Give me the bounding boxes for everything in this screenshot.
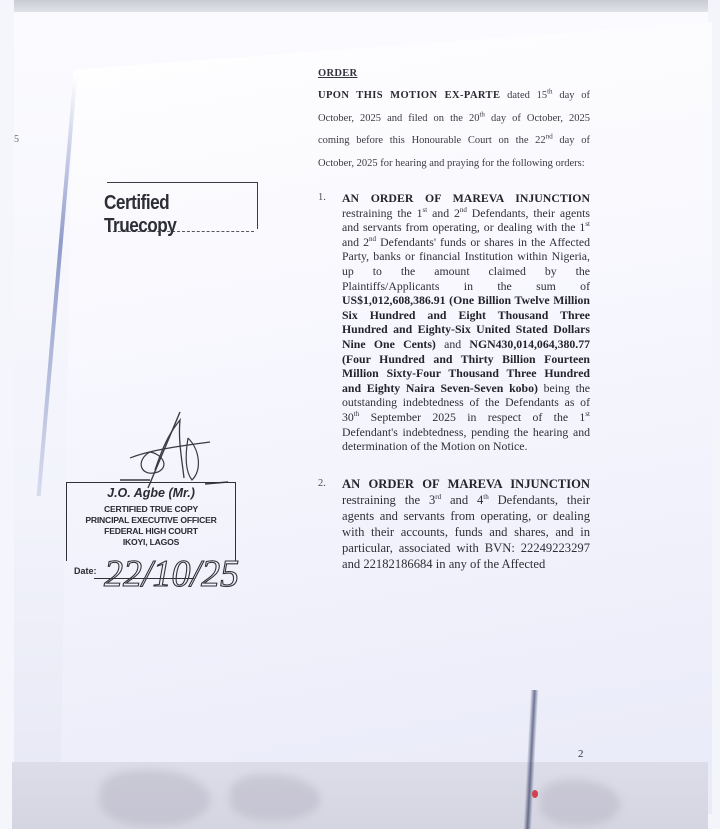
order-text: and 4 [441,493,483,507]
ordinal-suffix: st [585,220,590,228]
certified-truecopy-text: Certified Truecopy [104,192,236,238]
order-number: 2. [318,476,326,492]
order-text: and 2 [427,206,460,220]
handwritten-date-icon: 22/10/25 [98,540,268,600]
order-item-1: 1. AN ORDER OF MAREVA INJUNCTION restrai… [318,191,590,454]
order-item-2: 2. AN ORDER OF MAREVA INJUNCTION restrai… [318,476,590,572]
smudge-mark [230,775,320,820]
stamp-line: PRINCIPAL EXECUTIVE OFFICER [66,515,236,525]
order-text: Defendants' funds or shares in the Affec… [342,235,590,293]
orders-list: 1. AN ORDER OF MAREVA INJUNCTION restrai… [318,191,590,572]
ordinal-suffix: st [585,410,590,418]
order-lead: AN ORDER OF MAREVA INJUNCTION [342,477,590,491]
certified-truecopy-stamp: Certified Truecopy [100,182,258,232]
order-text: Defendant's indebtedness, pending the he… [342,425,590,454]
order-text: and 2 [342,235,369,249]
order-document: ORDER UPON THIS MOTION EX-PARTE dated 15… [318,68,590,588]
order-lead: AN ORDER OF MAREVA INJUNCTION [342,191,590,205]
order-text: restraining the 3 [342,493,435,507]
officer-name: J.O. Agbe (Mr.) [66,486,236,500]
order-preamble: UPON THIS MOTION EX-PARTE dated 15th day… [318,85,590,175]
margin-mark: 5 [14,134,19,145]
preamble-lead: UPON THIS MOTION EX-PARTE [318,90,500,101]
ordinal-suffix: nd [369,235,376,243]
ordinal-suffix: nd [546,133,553,141]
smudge-mark [540,780,620,825]
order-heading: ORDER [318,68,590,79]
stamp-line: FEDERAL HIGH COURT [66,526,236,536]
date-label: Date: [74,566,97,576]
order-text: September 2025 in respect of the 1 [359,410,585,424]
handwritten-date: 22/10/25 [104,553,239,595]
ordinal-suffix: nd [460,206,467,214]
order-text: and [436,337,470,351]
signature-icon [110,410,230,490]
preamble-text: dated 15 [500,90,547,101]
order-number: 1. [318,191,326,206]
stamp-line: CERTIFIED TRUE COPY [66,504,236,514]
left-edge [0,0,14,829]
page-number: 2 [578,748,584,760]
red-pin-mark [532,790,538,798]
order-text: restraining the 1 [342,206,423,220]
